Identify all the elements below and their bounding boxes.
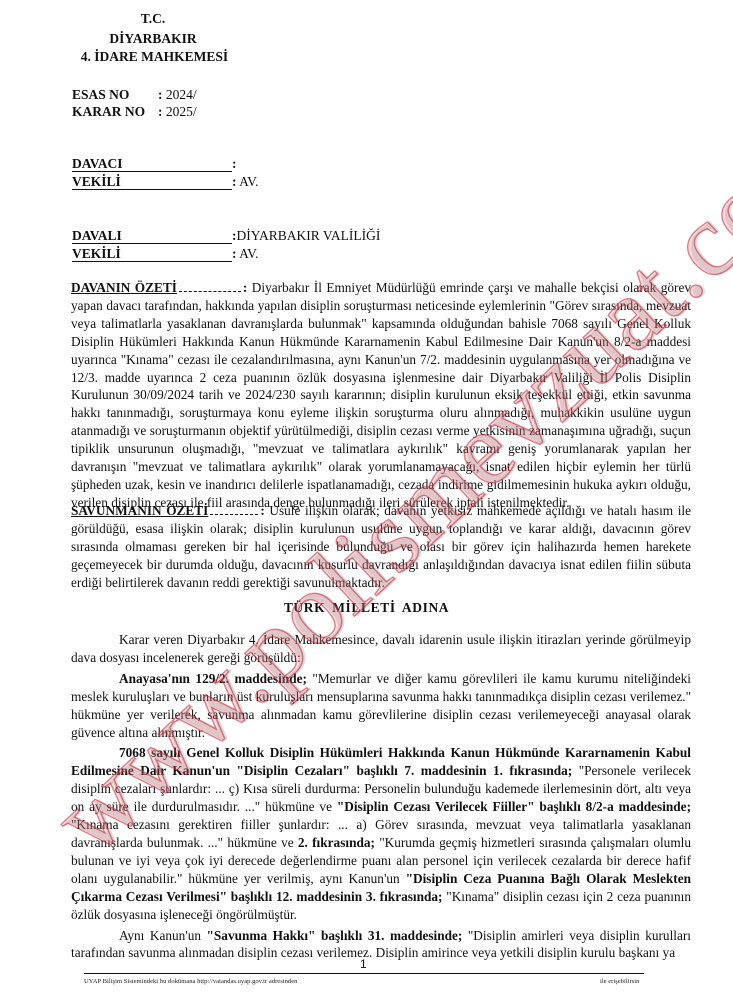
esas-no-value: 2024/ <box>166 87 197 102</box>
davanin-ozeti-label: DAVANIN ÖZETİ <box>71 280 177 295</box>
esas-no-label: ESAS NO <box>72 87 158 103</box>
footer-access-note: ile erişebilirsin <box>600 978 639 985</box>
davaci-vekil-value: AV. <box>239 174 258 189</box>
davanin-ozeti-section: DAVANIN ÖZETİ: Diyarbakır İl Emniyet Müd… <box>71 279 691 512</box>
esas-no-row: ESAS NO: 2024/ <box>72 87 197 103</box>
karar-no-row: KARAR NO: 2025/ <box>72 104 197 120</box>
anayasa-reference: Anayasa'nın 129/2. maddesinde; <box>119 671 307 686</box>
header-city: DİYARBAKIR <box>90 31 216 47</box>
davaci-row: DAVACI: <box>72 156 237 173</box>
davali-row: DAVALI:DİYARBAKIR VALİLİĞİ <box>72 228 380 245</box>
davaci-vekil-label: VEKİLİ <box>72 174 232 190</box>
footer-uyap-note: UYAP Bilişim Sistemindeki bu dokümana ht… <box>84 978 297 985</box>
davaci-vekil-row: VEKİLİ: AV. <box>72 174 259 191</box>
colon: : <box>243 280 247 295</box>
davaci-label: DAVACI <box>72 156 232 172</box>
davali-vekil-label: VEKİLİ <box>72 246 232 262</box>
header-tc: T.C. <box>118 11 188 27</box>
colon: : <box>158 87 163 102</box>
footer-divider <box>84 973 644 974</box>
savunmanin-ozeti-label: SAVUNMANIN ÖZETİ <box>71 503 208 518</box>
colon: : <box>260 503 264 518</box>
kanun-reference-3: 2. fıkrasında; <box>298 835 375 850</box>
colon: : <box>232 174 237 189</box>
colon: : <box>232 156 237 171</box>
davali-value: DİYARBAKIR VALİLİĞİ <box>237 228 381 243</box>
body-paragraph-4: Aynı Kanun'un "Savunma Hakkı" başlıklı 3… <box>71 927 691 963</box>
body-paragraph-2: Anayasa'nın 129/2. maddesinde; "Memurlar… <box>71 670 691 742</box>
page-number: 1 <box>360 957 367 971</box>
davali-label: DAVALI <box>72 228 232 244</box>
turk-milleti-adina-title: TÜRK MİLLETİ ADINA <box>0 600 733 616</box>
savunma-hakki-reference: "Savunma Hakkı" başlıklı 31. maddesinde; <box>207 928 463 943</box>
davali-vekil-value: AV. <box>239 246 258 261</box>
kanun-reference-2: "Disiplin Cezası Verilecek Fiiller" başl… <box>337 799 691 814</box>
karar-no-value: 2025/ <box>166 104 197 119</box>
karar-no-label: KARAR NO <box>72 104 158 120</box>
colon: : <box>158 104 163 119</box>
label-leader <box>179 279 241 292</box>
savunma-text-1: Aynı Kanun'un <box>119 928 207 943</box>
davanin-ozeti-text: Diyarbakır İl Emniyet Müdürlüğü emrinde … <box>71 280 691 510</box>
decision-body: Karar veren Diyarbakır 4. İdare Mahkemes… <box>71 631 691 962</box>
label-leader <box>210 502 258 515</box>
body-paragraph-1: Karar veren Diyarbakır 4. İdare Mahkemes… <box>71 631 691 667</box>
document-page: T.C. DİYARBAKIR 4. İDARE MAHKEMESİ ESAS … <box>0 0 733 1008</box>
header-court: 4. İDARE MAHKEMESİ <box>62 49 247 65</box>
colon: : <box>232 246 237 261</box>
savunmanin-ozeti-section: SAVUNMANIN ÖZETİ: Usule ilişkin olarak; … <box>71 502 691 592</box>
body-paragraph-3: 7068 sayılı Genel Kolluk Disiplin Hüküml… <box>71 744 691 923</box>
davali-vekil-row: VEKİLİ: AV. <box>72 246 259 263</box>
